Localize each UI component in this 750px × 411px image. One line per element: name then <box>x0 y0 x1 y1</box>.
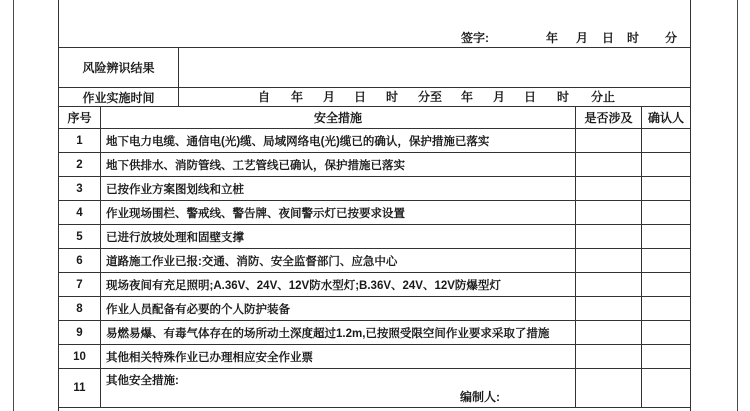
row-involved-cell <box>576 129 642 152</box>
signature-label: 签字: <box>461 29 489 46</box>
row-involved-cell <box>576 201 642 224</box>
row-no-cell: 1 <box>59 129 101 152</box>
row-measure-cell: 地下供排水、消防管线、工艺管线已确认，保护措施已落实 <box>101 153 576 176</box>
signature-unit-day: 日 <box>602 29 614 46</box>
work-time-token: 日 <box>354 88 366 106</box>
row-involved-cell <box>576 153 642 176</box>
row-confirmer-cell <box>642 201 690 224</box>
table-row: 8 作业人员配备有必要的个人防护装备 <box>59 297 690 321</box>
row-no-cell: 4 <box>59 201 101 224</box>
table-row: 5 已进行放坡处理和固壁支撑 <box>59 225 690 249</box>
table-row: 9 易燃易爆、有毒气体存在的场所动土深度超过1.2m,已按照受限空间作业要求采取… <box>59 321 690 345</box>
row-involved-cell <box>576 345 642 368</box>
row-confirmer-cell <box>642 249 690 272</box>
table-row: 10 其他相关特殊作业已办理相应安全作业票 <box>59 345 690 369</box>
row-no-cell: 10 <box>59 345 101 368</box>
page-right-edge-line <box>737 0 738 411</box>
row-involved-cell <box>576 369 642 407</box>
row-confirmer-cell <box>642 225 690 248</box>
row-confirmer-cell <box>642 345 690 368</box>
row-confirmer-cell <box>642 369 690 407</box>
row-no-cell: 3 <box>59 177 101 200</box>
work-time-token: 分至 <box>418 88 442 106</box>
row-involved-cell <box>576 273 642 296</box>
row-measure-cell: 道路施工作业已报:交通、消防、安全监督部门、应急中心 <box>101 249 576 272</box>
signature-row: 签字: 年 月 日 时 分 <box>59 0 690 48</box>
row-confirmer-cell <box>642 321 690 344</box>
other-measures-label: 其他安全措施: <box>106 372 179 388</box>
row-measure-cell: 地下电力电缆、通信电(光)缆、局域网络电(光)缆已的确认，保护措施已落实 <box>101 129 576 152</box>
risk-result-label: 风险辨识结果 <box>59 48 179 87</box>
row-no-cell: 9 <box>59 321 101 344</box>
scanned-safety-form-page: 签字: 年 月 日 时 分 风险辨识结果 作业实施时间 自 年 月 日 时 分至… <box>0 0 750 411</box>
row-confirmer-cell <box>642 273 690 296</box>
row-measure-cell: 易燃易爆、有毒气体存在的场所动土深度超过1.2m,已按照受限空间作业要求采取了措… <box>101 321 576 344</box>
signature-unit-month: 月 <box>576 29 588 46</box>
header-measure: 安全措施 <box>101 107 576 128</box>
row-no-cell: 5 <box>59 225 101 248</box>
risk-result-row: 风险辨识结果 <box>59 48 690 88</box>
row-measure-cell: 已进行放坡处理和固壁支撑 <box>101 225 576 248</box>
page-left-edge-line <box>13 0 14 411</box>
row-measure-cell: 其他安全措施: 编制人: <box>101 369 576 407</box>
work-time-token: 日 <box>524 88 536 106</box>
row-involved-cell <box>576 177 642 200</box>
signature-unit-year: 年 <box>546 29 558 46</box>
row-confirmer-cell <box>642 129 690 152</box>
row-no-cell: 2 <box>59 153 101 176</box>
signature-unit-hour: 时 <box>627 29 639 46</box>
work-time-row: 作业实施时间 自 年 月 日 时 分至 年 月 日 时 分止 <box>59 88 690 107</box>
work-time-token: 月 <box>493 88 505 106</box>
row-measure-cell: 现场夜间有充足照明;A.36V、24V、12V防水型灯;B.36V、24V、12… <box>101 273 576 296</box>
row-confirmer-cell <box>642 153 690 176</box>
work-time-token: 时 <box>557 88 569 106</box>
header-confirmer: 确认人 <box>642 107 690 128</box>
work-time-token: 年 <box>291 88 303 106</box>
row-confirmer-cell <box>642 177 690 200</box>
table-row: 3 已按作业方案图划线和立桩 <box>59 177 690 201</box>
table-row-other-measures: 11 其他安全措施: 编制人: <box>59 369 690 408</box>
row-no-cell: 7 <box>59 273 101 296</box>
row-measure-cell: 作业现场围栏、警戒线、警告牌、夜间警示灯已按要求设置 <box>101 201 576 224</box>
work-time-token: 自 <box>258 88 270 106</box>
work-time-token: 年 <box>461 88 473 106</box>
work-time-value: 自 年 月 日 时 分至 年 月 日 时 分止 <box>179 88 690 106</box>
row-measure-cell: 作业人员配备有必要的个人防护装备 <box>101 297 576 320</box>
signature-unit-minute: 分 <box>665 29 677 46</box>
table-row: 2 地下供排水、消防管线、工艺管线已确认，保护措施已落实 <box>59 153 690 177</box>
row-no-cell: 6 <box>59 249 101 272</box>
work-time-token: 月 <box>323 88 335 106</box>
row-involved-cell <box>576 297 642 320</box>
row-involved-cell <box>576 249 642 272</box>
row-involved-cell <box>576 321 642 344</box>
row-no-cell: 8 <box>59 297 101 320</box>
table-row: 6 道路施工作业已报:交通、消防、安全监督部门、应急中心 <box>59 249 690 273</box>
table-row: 7 现场夜间有充足照明;A.36V、24V、12V防水型灯;B.36V、24V、… <box>59 273 690 297</box>
row-measure-cell: 其他相关特殊作业已办理相应安全作业票 <box>101 345 576 368</box>
safety-measures-form: 签字: 年 月 日 时 分 风险辨识结果 作业实施时间 自 年 月 日 时 分至… <box>58 0 691 411</box>
header-no: 序号 <box>59 107 101 128</box>
header-involved: 是否涉及 <box>576 107 642 128</box>
work-time-token: 时 <box>386 88 398 106</box>
table-row: 1 地下电力电缆、通信电(光)缆、局域网络电(光)缆已的确认，保护措施已落实 <box>59 129 690 153</box>
row-confirmer-cell <box>642 297 690 320</box>
table-header-row: 序号 安全措施 是否涉及 确认人 <box>59 107 690 129</box>
compiler-label: 编制人: <box>460 388 500 405</box>
work-time-label: 作业实施时间 <box>59 88 179 106</box>
table-row: 4 作业现场围栏、警戒线、警告牌、夜间警示灯已按要求设置 <box>59 201 690 225</box>
row-no-cell: 11 <box>59 369 101 407</box>
row-involved-cell <box>576 225 642 248</box>
work-time-token: 分止 <box>591 88 615 106</box>
risk-result-value <box>179 48 690 87</box>
row-measure-cell: 已按作业方案图划线和立桩 <box>101 177 576 200</box>
